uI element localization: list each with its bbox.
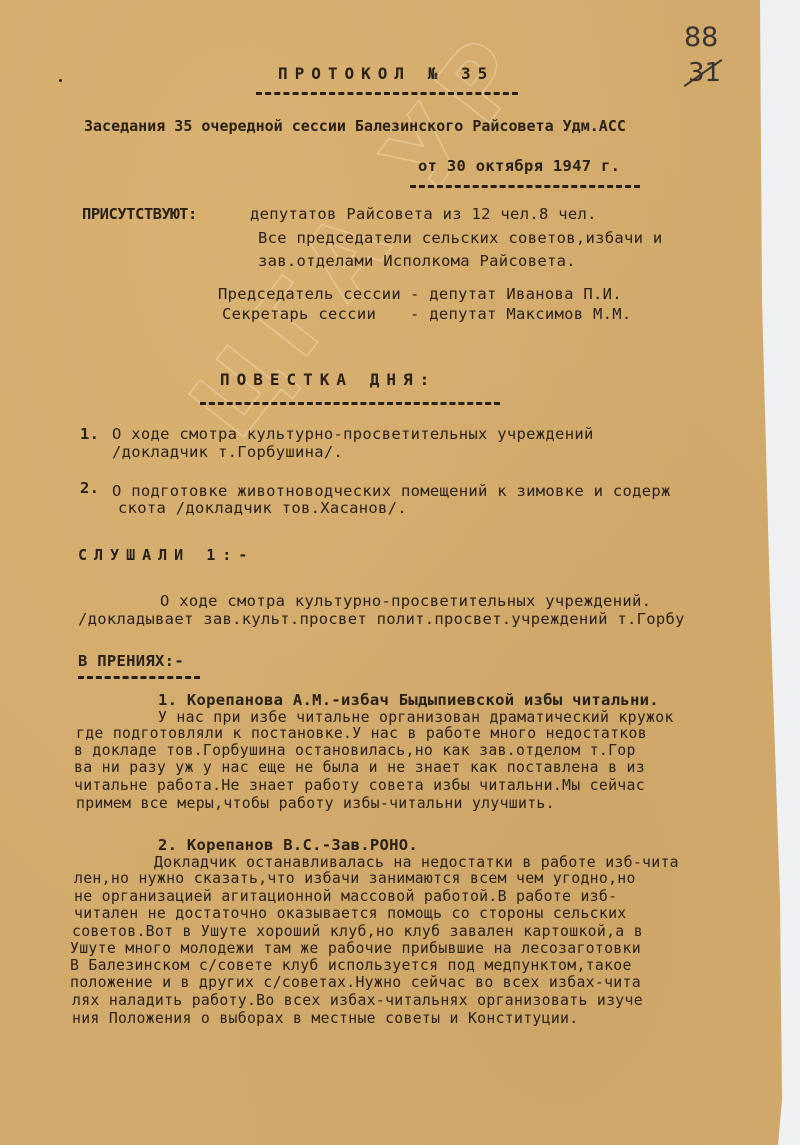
speech-line: положение и в других с/советах.Нужно сей… bbox=[70, 976, 641, 991]
speech-line: Докладчик останавливалась на недостатки … bbox=[154, 856, 679, 871]
speech-line: где подготовляли к постановке.У нас в ра… bbox=[76, 727, 647, 742]
present-line: зав.отделами Исполкома Райсовета. bbox=[258, 254, 576, 270]
agenda-underline bbox=[200, 402, 500, 405]
document-date: от 30 октября 1947 г. bbox=[418, 159, 620, 175]
speech-line: лях наладить работу.Во всех избах-читаль… bbox=[72, 994, 643, 1009]
speech-line: лен,но нужно сказать,что избачи занимают… bbox=[74, 872, 636, 887]
heard-line: О ходе смотра культурно-просветительных … bbox=[160, 594, 651, 610]
official-person: - депутат Максимов М.М. bbox=[410, 307, 632, 323]
speech-line: советов.Вот в Ушуте хороший клуб,но клуб… bbox=[72, 925, 643, 940]
document-page: ЦГА УР 88 31 ПРОТОКОЛ № 35 Заседания 35 … bbox=[0, 0, 800, 1145]
agenda-item-text: /докладчик т.Горбушина/. bbox=[112, 445, 343, 461]
ink-dot bbox=[59, 79, 62, 82]
speech-line: В Балезинском с/совете клуб используется… bbox=[70, 959, 632, 974]
agenda-item-text: скота /докладчик тов.Хасанов/. bbox=[118, 501, 407, 517]
speech-line: не организацией агитационной массовой ра… bbox=[74, 890, 617, 905]
speech-line: У нас при избе читальне организован драм… bbox=[158, 711, 674, 726]
debates-underline bbox=[78, 676, 200, 679]
speech-line: в докладе тов.Горбушина остановилась,но … bbox=[74, 744, 636, 759]
agenda-item-text: О подготовке животноводческих помещений … bbox=[112, 484, 671, 500]
agenda-heading: ПОВЕСТКА ДНЯ: bbox=[220, 372, 436, 388]
speech-line: читальне работа.Не знает работу совета и… bbox=[74, 779, 645, 794]
speech-line: Ушуте много молодежи там же рабочие приб… bbox=[70, 942, 641, 957]
official-person: - депутат Иванова П.И. bbox=[410, 287, 622, 303]
present-label: ПРИСУТСТВУЮТ: bbox=[82, 207, 197, 223]
speech-line: ва ни разу уж у нас еще не была и не зна… bbox=[74, 761, 645, 776]
speech-line: ния Положения о выборах в местные советы… bbox=[72, 1012, 578, 1027]
speech-line: читален не достаточно оказывается помощь… bbox=[74, 907, 627, 922]
speech-line: примем все меры,чтобы работу избы-читаль… bbox=[76, 797, 555, 812]
speaker-header: 2. Корепанов В.С.-Зав.РОНО. bbox=[158, 838, 418, 854]
present-line: депутатов Райсовета из 12 чел.8 чел. bbox=[250, 207, 597, 223]
present-line: Все председатели сельских советов,избачи… bbox=[258, 231, 663, 247]
speaker-header: 1. Корепанова А.М.-избач Быдыпиевской из… bbox=[158, 693, 659, 709]
official-role: Секретарь сессии bbox=[222, 307, 376, 323]
document-subtitle: Заседания 35 очередной сессии Балезинско… bbox=[84, 119, 626, 134]
title-underline bbox=[256, 92, 518, 95]
official-role: Председатель сессии bbox=[218, 287, 401, 303]
heard-line: /докладывает зав.культ.просвет полит.про… bbox=[78, 612, 685, 628]
agenda-item-number: 2. bbox=[80, 481, 99, 497]
agenda-item-number: 1. bbox=[80, 427, 99, 443]
date-underline bbox=[410, 185, 640, 188]
document-title: ПРОТОКОЛ № 35 bbox=[278, 66, 494, 82]
archive-page-number: 88 bbox=[684, 22, 718, 53]
agenda-item-text: О ходе смотра культурно-просветительных … bbox=[112, 427, 594, 443]
heard-heading: СЛУШАЛИ 1:- bbox=[78, 548, 254, 563]
debates-heading: В ПРЕНИЯХ:- bbox=[78, 654, 184, 670]
